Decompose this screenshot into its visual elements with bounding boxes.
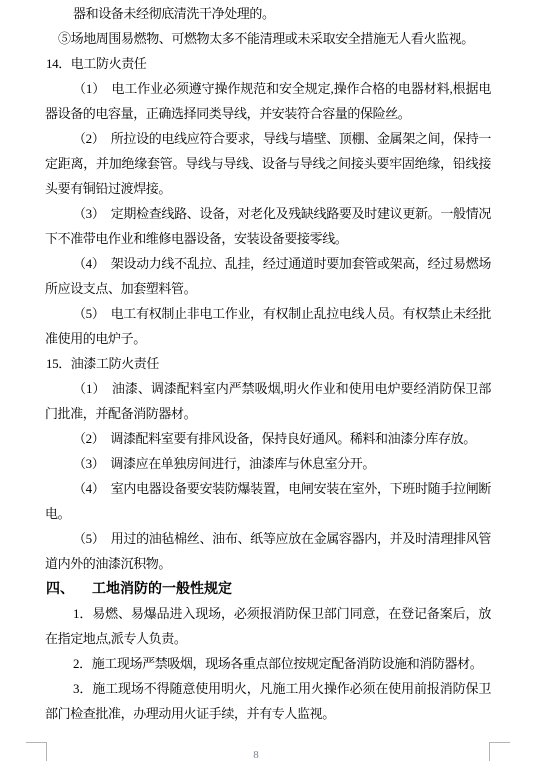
paragraph: （5） 电工有权制止非电工作业，有权制止乱拉电线人员。有权禁止未经批准使用的电炉… [45, 301, 491, 351]
paragraph: 1．易燃、易爆品进入现场，必须报消防保卫部门同意，在登记备案后，放在指定地点,派… [45, 601, 491, 651]
heading-prefix: 四、 [46, 580, 74, 596]
section-title: 14．电工防火责任 [45, 51, 491, 76]
paragraph: 3．施工现场不得随意使用明火，凡施工用火操作必须在使用前报消防保卫部门检查批准，… [45, 676, 491, 726]
document-body: 器和设备未经彻底清洗干净处理的。⑤场地周围易燃物、可燃物太多不能清理或未采取安全… [45, 1, 491, 726]
paragraph: （1） 电工作业必须遵守操作规范和安全规定,操作合格的电器材料,根据电器设备的电… [45, 76, 491, 126]
paragraph: （3） 定期检查线路、设备，对老化及残缺线路要及时建议更新。一般情况下不准带电作… [45, 201, 491, 251]
crop-mark-bottom-right [489, 742, 510, 761]
heading-title: 工地消防的一般性规定 [92, 580, 232, 596]
paragraph: （4） 室内电器设备要安装防爆装置，电闸安装在室外，下班时随手拉闸断电。 [45, 476, 491, 526]
section-heading: 四、工地消防的一般性规定 [45, 576, 491, 601]
paragraph: （5） 用过的油毡棉丝、油布、纸等应放在金属容器内，并及时清理排风管道内外的油漆… [45, 526, 491, 576]
section-title: 15．油漆工防火责任 [45, 351, 491, 376]
document-page: 器和设备未经彻底清洗干净处理的。⑤场地周围易燃物、可燃物太多不能清理或未采取安全… [0, 0, 546, 782]
paragraph: （2） 调漆配料室要有排风设备，保持良好通风。稀料和油漆分库存放。 [45, 426, 491, 451]
paragraph: （2） 所拉设的电线应符合要求，导线与墙壁、顶棚、金属架之间，保持一定距离，并加… [45, 126, 491, 201]
crop-mark-bottom-left [26, 742, 47, 761]
paragraph: （1） 油漆、调漆配料室内严禁吸烟,明火作业和使用电炉要经消防保卫部门批准，并配… [45, 376, 491, 426]
page-number: 8 [248, 748, 264, 762]
paragraph: 2．施工现场严禁吸烟，现场各重点部位按规定配备消防设施和消防器材。 [45, 651, 491, 676]
paragraph: 器和设备未经彻底清洗干净处理的。 [45, 1, 491, 26]
paragraph: （4） 架设动力线不乱拉、乱挂，经过通道时要加套管或架高，经过易燃场所应设支点、… [45, 251, 491, 301]
paragraph: （3） 调漆应在单独房间进行，油漆库与休息室分开。 [45, 451, 491, 476]
paragraph: ⑤场地周围易燃物、可燃物太多不能清理或未采取安全措施无人看火监视。 [45, 26, 491, 51]
